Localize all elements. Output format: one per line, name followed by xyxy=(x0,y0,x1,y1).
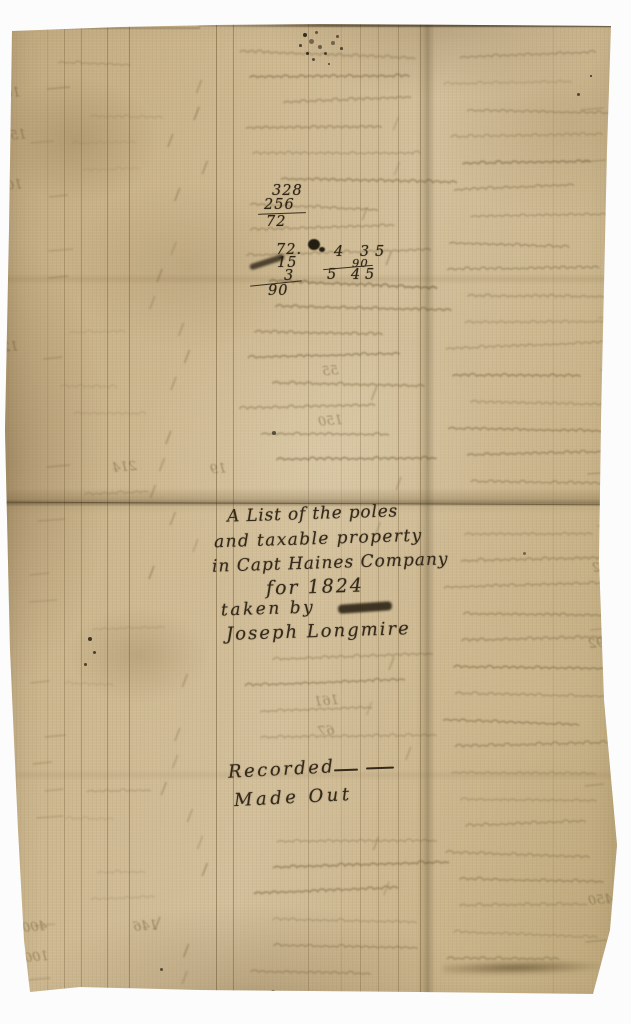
ink-speck xyxy=(299,44,302,47)
ink-speck xyxy=(84,663,87,666)
ink-speck xyxy=(324,52,327,55)
ink-speck xyxy=(88,637,92,641)
ink-speck xyxy=(309,39,314,44)
paper-sheet: 1615101255150214191616719239245040014610… xyxy=(0,0,631,1024)
dash-stroke xyxy=(334,769,358,771)
ink-smear-bottom xyxy=(443,960,605,976)
ink-speck xyxy=(590,75,592,77)
ink-speck xyxy=(577,93,580,96)
ink-speck xyxy=(315,31,318,34)
ink-speck xyxy=(303,33,307,37)
ink-speck xyxy=(93,651,96,654)
title-line: taken by xyxy=(221,598,316,621)
subtrahend: 256 xyxy=(264,197,295,213)
torn-top-edge-shadow xyxy=(10,27,200,29)
title-line: for 1824 xyxy=(266,574,365,599)
title-line: and taxable property xyxy=(214,526,423,553)
ink-speck xyxy=(271,990,275,994)
difference: 72 xyxy=(266,214,286,230)
ink-speck xyxy=(312,58,315,61)
torn-top-edge-shadow xyxy=(198,24,628,27)
ink-speck xyxy=(306,52,309,55)
title-line: in Capt Haines Company xyxy=(212,549,449,576)
ghost-dash xyxy=(600,368,620,370)
ghost-dash xyxy=(597,524,621,526)
footer-line: Made Out xyxy=(234,784,354,811)
scratched-out-word xyxy=(338,601,392,614)
title-line: A List of the poles xyxy=(227,501,399,526)
scanned-document: 1615101255150214191616719239245040014610… xyxy=(0,0,631,1024)
ink-speck xyxy=(318,45,322,49)
ink-speck xyxy=(336,35,339,38)
signature: Joseph Longmire xyxy=(226,618,411,645)
ink-layer: 328 256 72 72. 15 3 90 4 35 90 xyxy=(0,0,631,1024)
ink-speck xyxy=(272,431,276,435)
dash-stroke xyxy=(366,767,394,770)
ink-speck xyxy=(331,41,335,45)
ink-blot xyxy=(319,247,325,252)
sum: 90 xyxy=(268,283,288,299)
money-sum: 5 45 xyxy=(327,267,379,283)
ink-speck xyxy=(3,601,8,606)
ink-speck xyxy=(340,47,343,50)
ink-speck xyxy=(523,552,526,555)
ghost-number: 12 xyxy=(611,245,629,261)
footer-line: Recorded xyxy=(228,756,336,783)
ink-speck xyxy=(160,968,163,971)
ink-speck xyxy=(328,63,330,65)
